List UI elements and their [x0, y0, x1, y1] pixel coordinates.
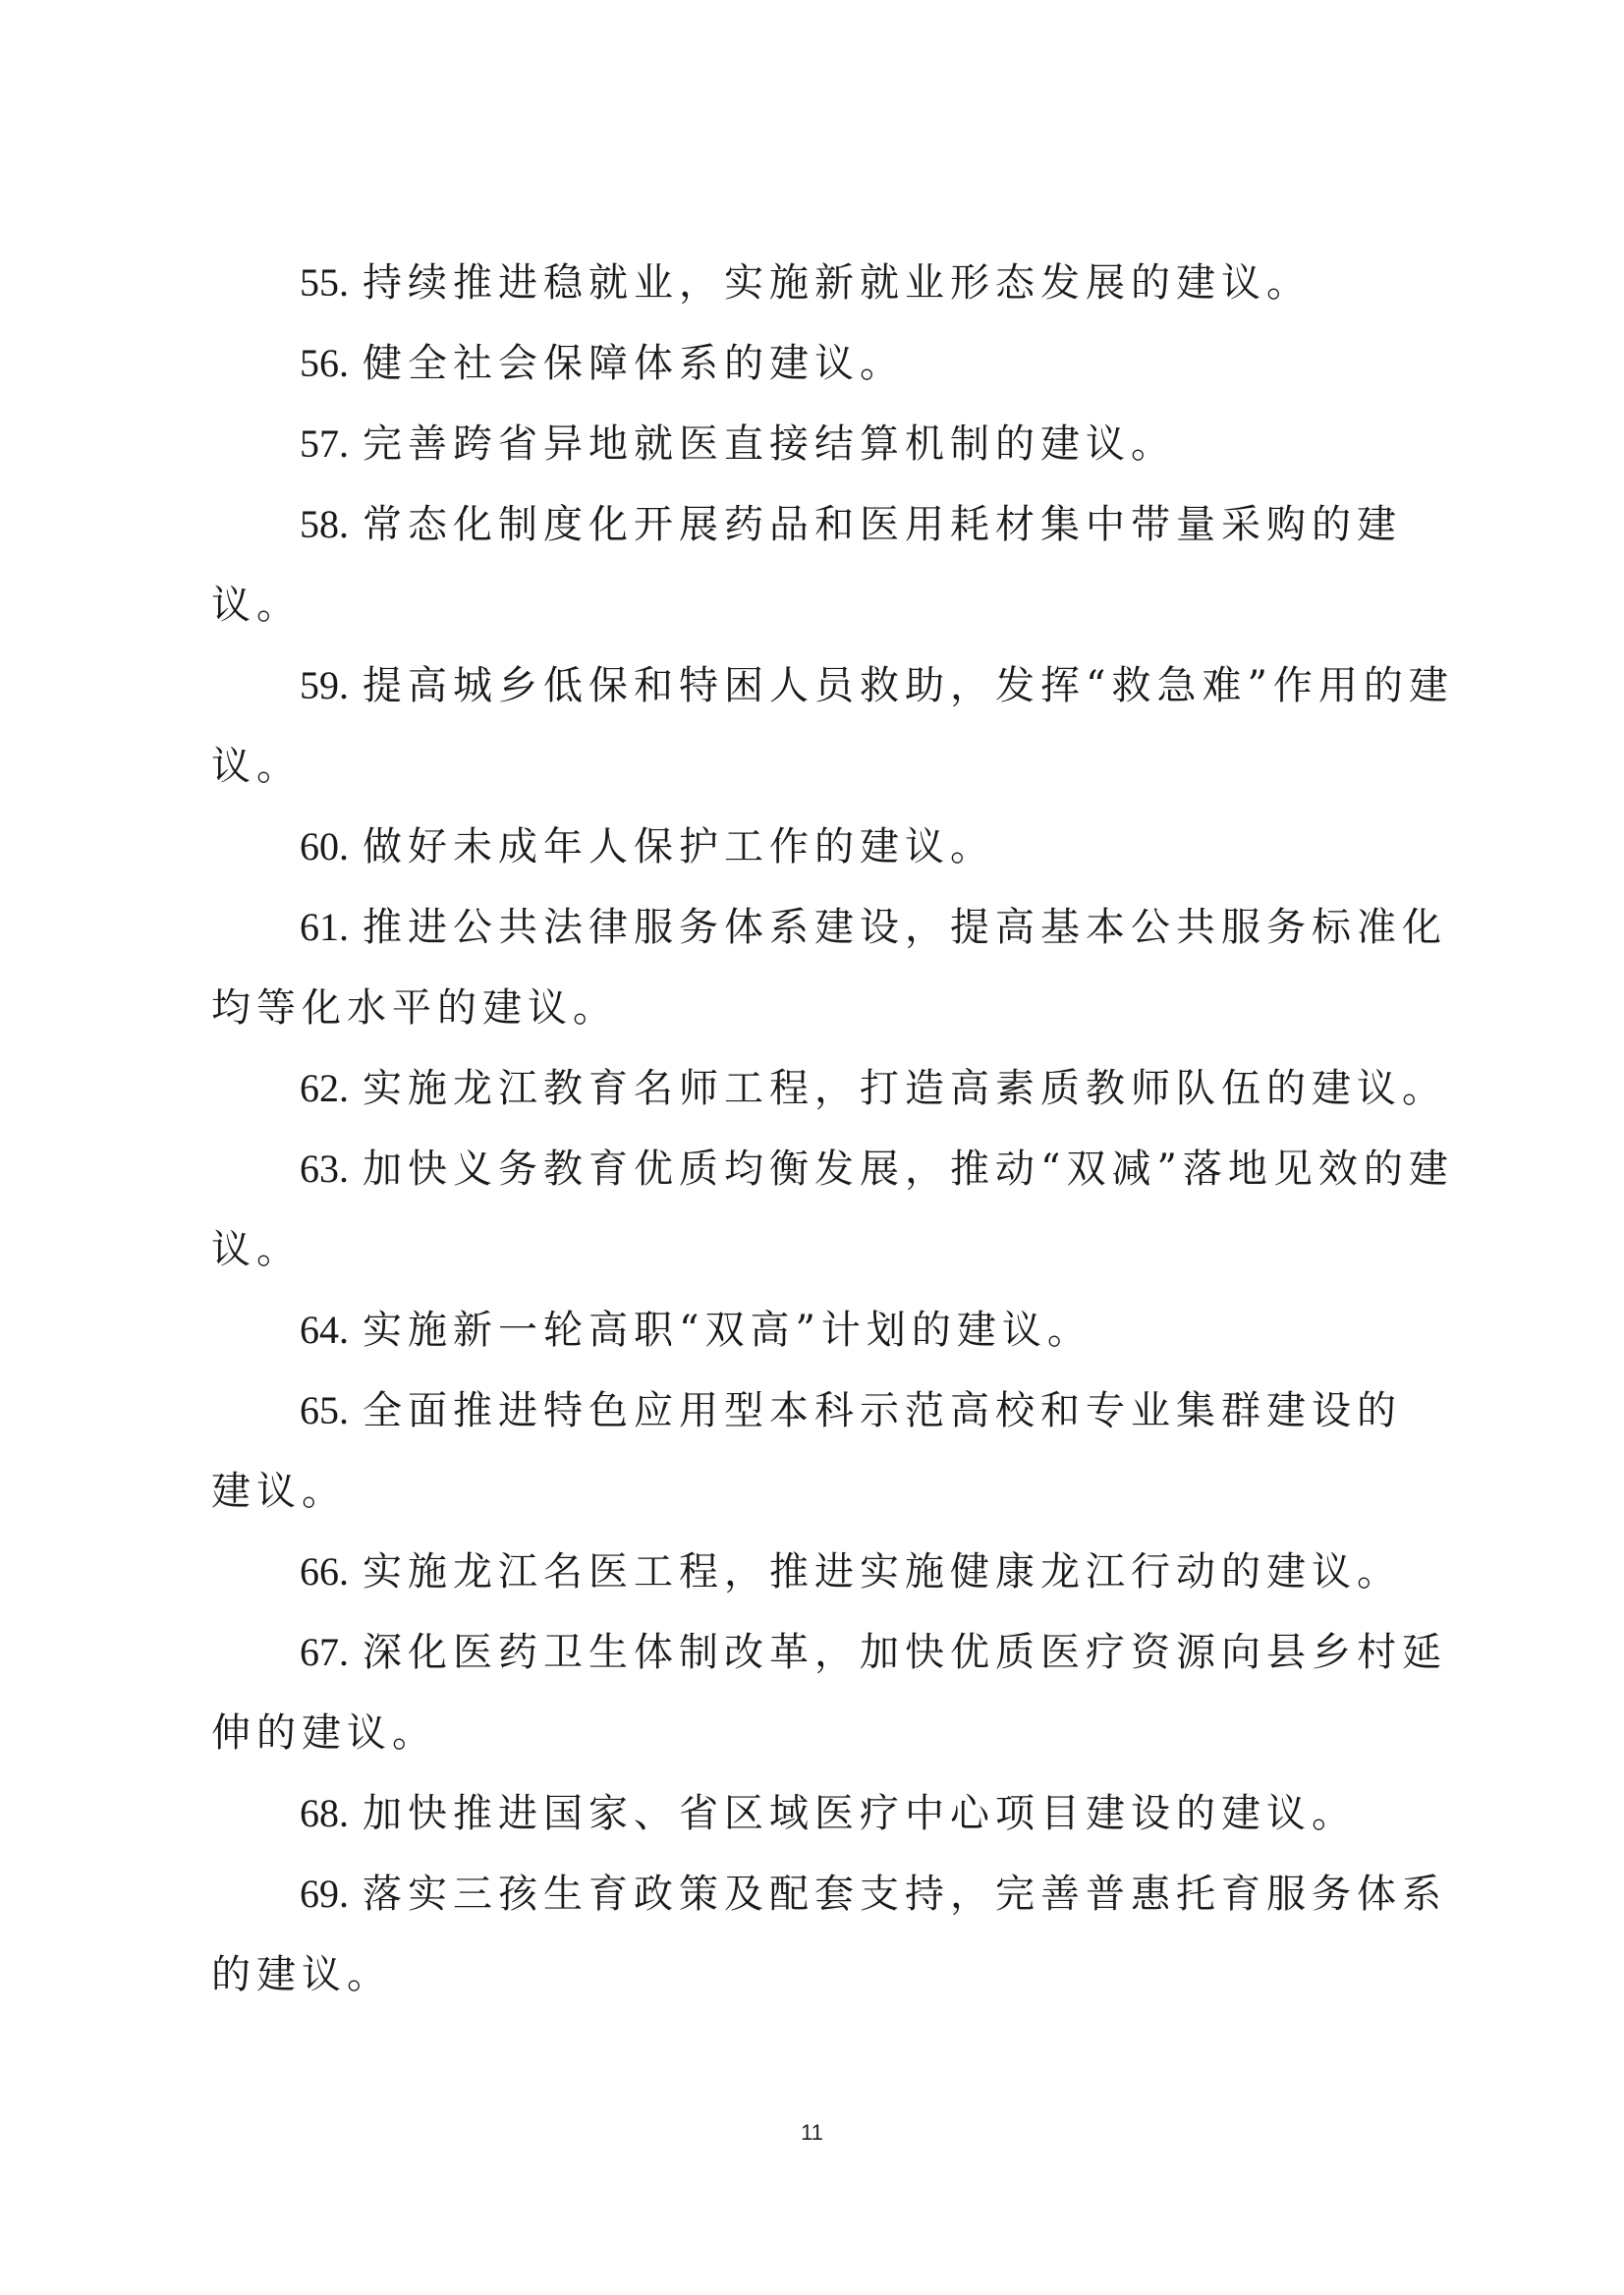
item-number: 67. [300, 1630, 349, 1674]
item-number: 64. [300, 1308, 349, 1352]
item-number: 56. [300, 341, 349, 385]
item-text: 做好未成年人保护工作的建议。 [363, 824, 995, 869]
item-text: 健全社会保障体系的建议。 [363, 341, 905, 386]
list-item-62: 62.实施龙江教育名师工程，打造高素质教师队伍的建议。 [300, 1069, 1447, 1108]
item-number: 60. [300, 824, 349, 868]
item-text: 常态化制度化开展药品和医用耗材集中带量采购的建 [363, 502, 1402, 547]
list-item-61: 61.推进公共法律服务体系建设，提高基本公共服务标准化 [300, 908, 1447, 947]
list-item-65: 65.全面推进特色应用型本科示范高校和专业集群建设的 [300, 1391, 1402, 1430]
item-number: 61. [300, 905, 349, 949]
list-item-66: 66.实施龙江名医工程，推进实施健康龙江行动的建议。 [300, 1552, 1402, 1592]
item-number: 68. [300, 1791, 349, 1835]
list-item-63: 63.加快义务教育优质均衡发展，推动“双减”落地见效的建 [300, 1149, 1454, 1189]
item-text: 持续推进稳就业，实施新就业形态发展的建议。 [363, 260, 1312, 306]
list-item-56: 56.健全社会保障体系的建议。 [300, 344, 905, 383]
item-number: 58. [300, 502, 349, 546]
list-item-68: 68.加快推进国家、省区域医疗中心项目建设的建议。 [300, 1794, 1357, 1833]
item-text: 提高城乡低保和特困人员救助，发挥“救急难”作用的建 [363, 663, 1454, 708]
list-item-65-cont: 建议。 [211, 1472, 347, 1511]
item-number: 69. [300, 1872, 349, 1916]
list-item-58: 58.常态化制度化开展药品和医用耗材集中带量采购的建 [300, 505, 1402, 544]
list-item-67: 67.深化医药卫生体制改革，加快优质医疗资源向县乡村延 [300, 1633, 1447, 1672]
item-number: 57. [300, 421, 349, 466]
list-item-63-cont: 议。 [211, 1230, 302, 1269]
item-text: 实施龙江教育名师工程，打造高素质教师队伍的建议。 [363, 1066, 1447, 1111]
item-text: 实施龙江名医工程，推进实施健康龙江行动的建议。 [363, 1549, 1402, 1595]
list-item-61-cont: 均等化水平的建议。 [211, 988, 618, 1028]
item-text: 落实三孩生育政策及配套支持，完善普惠托育服务体系 [363, 1872, 1447, 1917]
item-text: 加快推进国家、省区域医疗中心项目建设的建议。 [363, 1791, 1357, 1836]
list-item-58-cont: 议。 [211, 586, 302, 625]
item-number: 66. [300, 1549, 349, 1594]
item-text: 实施新一轮高职“双高”计划的建议。 [363, 1308, 1092, 1353]
list-item-67-cont: 伸的建议。 [211, 1713, 437, 1753]
list-item-60: 60.做好未成年人保护工作的建议。 [300, 827, 995, 867]
item-number: 55. [300, 260, 349, 305]
list-item-69: 69.落实三孩生育政策及配套支持，完善普惠托育服务体系 [300, 1875, 1447, 1914]
item-number: 65. [300, 1388, 349, 1432]
item-number: 62. [300, 1066, 349, 1110]
list-item-59-cont: 议。 [211, 747, 302, 786]
item-number: 59. [300, 663, 349, 707]
item-text: 完善跨省异地就医直接结算机制的建议。 [363, 421, 1176, 467]
list-item-69-cont: 的建议。 [211, 1955, 392, 1994]
document-page: 55.持续推进稳就业，实施新就业形态发展的建议。 56.健全社会保障体系的建议。… [0, 0, 1624, 2295]
item-number: 63. [300, 1147, 349, 1191]
list-item-57: 57.完善跨省异地就医直接结算机制的建议。 [300, 424, 1176, 464]
item-text: 推进公共法律服务体系建设，提高基本公共服务标准化 [363, 905, 1447, 950]
item-text: 加快义务教育优质均衡发展，推动“双减”落地见效的建 [363, 1147, 1454, 1192]
list-item-55: 55.持续推进稳就业，实施新就业形态发展的建议。 [300, 263, 1312, 303]
list-item-59: 59.提高城乡低保和特困人员救助，发挥“救急难”作用的建 [300, 666, 1454, 705]
item-text: 深化医药卫生体制改革，加快优质医疗资源向县乡村延 [363, 1630, 1447, 1675]
list-item-64: 64.实施新一轮高职“双高”计划的建议。 [300, 1311, 1092, 1350]
item-text: 全面推进特色应用型本科示范高校和专业集群建设的 [363, 1388, 1402, 1433]
page-number: 11 [0, 2120, 1624, 2146]
